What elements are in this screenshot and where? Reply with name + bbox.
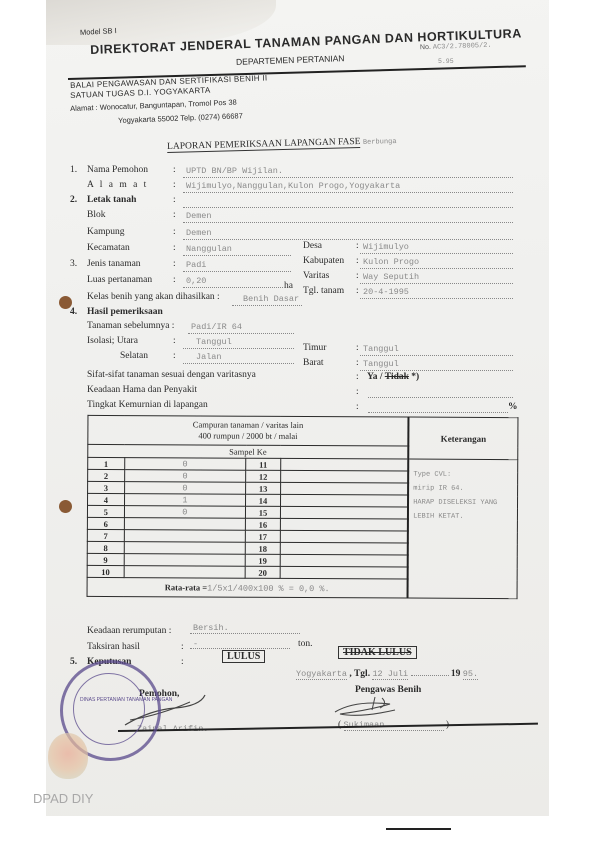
luas-value: 0,20: [186, 276, 206, 286]
tgl-tanam-label: Tgl. tanam: [303, 286, 344, 296]
sample-value: [280, 566, 408, 579]
kemurnian-unit: %: [508, 402, 518, 412]
jenis-label: Jenis tanaman: [87, 259, 141, 269]
rata-value: 1/5x1/400x100 % = 0,0 %.: [207, 583, 329, 594]
keterangan-line: HARAP DISELEKSI YANG: [413, 496, 513, 511]
sample-number: 10: [87, 565, 124, 577]
pengawas-signature: [330, 692, 410, 722]
barat-value: Tanggul: [363, 359, 399, 369]
item-5-number: 5.: [70, 657, 77, 667]
sample-number: 17: [245, 530, 280, 542]
model-code: Model SB I: [80, 26, 117, 37]
item-4-number: 4.: [70, 307, 77, 317]
kecamatan-label: Kecamatan: [87, 243, 130, 253]
sample-number: 8: [87, 541, 124, 553]
sign-year: 95.: [463, 669, 478, 680]
taksiran-label: Taksiran hasil: [87, 642, 140, 652]
sample-number: 1: [88, 457, 125, 469]
tidak-lulus-box: TIDAK LULUS: [338, 646, 417, 659]
hasil-label: Hasil pemeriksaan: [87, 307, 163, 317]
sample-number: 2: [88, 469, 125, 481]
sebelum-label: Tanaman sebelumnya :: [87, 321, 174, 331]
utara-value: Tanggul: [196, 337, 232, 347]
kelas-value: Benih Dasar: [243, 294, 299, 304]
sample-number: 9: [87, 553, 124, 565]
sample-value: [280, 494, 408, 507]
sample-value: [280, 506, 408, 519]
sample-value: [280, 530, 408, 543]
keterangan-line: mirip IR 64.: [413, 482, 513, 497]
rata-label: Rata-rata =: [165, 582, 207, 592]
rerumputan-value: Bersih.: [193, 623, 229, 633]
doc-number-label: No.: [420, 44, 431, 51]
tgl-tanam-value: 20-4-1995: [363, 287, 409, 297]
kelas-label: Kelas benih yang akan dihasilkan :: [87, 292, 220, 302]
keterangan-line: LEBIH KETAT.: [413, 510, 513, 525]
sample-value: [281, 458, 409, 471]
jenis-value: Padi: [186, 260, 206, 270]
sample-number: 11: [246, 458, 281, 470]
taksiran-unit: ton.: [298, 639, 313, 649]
desa-value: Wijimulyo: [363, 242, 409, 252]
sample-value: 1: [124, 494, 246, 507]
item-1-number: 1.: [70, 165, 77, 175]
sifat-ya: Ya /: [367, 372, 383, 382]
watermark: DPAD DIY: [33, 791, 93, 806]
blok-value: Demen: [186, 211, 212, 221]
sample-number: 20: [245, 566, 280, 578]
sample-value: [280, 518, 408, 531]
kabupaten-label: Kabupaten: [303, 256, 344, 266]
table-header: Campuran tanaman / varitas lain 400 rump…: [88, 415, 409, 446]
sifat-value: Ya / Tidak *): [367, 372, 419, 382]
barat-label: Barat: [303, 358, 324, 368]
kemurnian-label: Tingkat Kemurnian di lapangan: [87, 400, 208, 410]
sign-place-date: Yogyakarta , Tgl. 12 Juli 19 95.: [296, 669, 478, 679]
kecamatan-value: Nanggulan: [186, 244, 232, 254]
sebelum-value: Padi/IR 64: [191, 322, 242, 332]
item-3-number: 3.: [70, 259, 77, 269]
punch-hole-top: [59, 296, 72, 309]
punch-hole-bottom: [59, 500, 72, 513]
sign-place: Yogyakarta: [296, 669, 347, 680]
sample-number: 4: [88, 493, 125, 505]
sample-value: [280, 470, 408, 483]
address-label: Alamat :: [70, 103, 98, 113]
sample-value: 0: [124, 470, 246, 483]
sample-value: [124, 518, 246, 531]
sample-value: [124, 530, 246, 543]
nama-value: UPTD BN/BP Wijilan.: [186, 166, 283, 176]
sample-value: [124, 542, 246, 555]
sample-value: [124, 566, 246, 579]
sifat-label: Sifat-sifat tanaman sesuai dengan varita…: [87, 370, 256, 380]
selatan-value: Jalan: [196, 352, 222, 362]
varitas-value: Way Seputih: [363, 272, 419, 282]
varitas-label: Varitas: [303, 271, 329, 281]
blok-label: Blok: [87, 210, 105, 220]
keterangan-line: Type CVL:: [413, 468, 513, 483]
sampel-table: Campuran tanaman / varitas lain 400 rump…: [87, 415, 519, 599]
sifat-note: *): [411, 372, 419, 382]
sample-number: 13: [246, 482, 281, 494]
sample-value: 0: [124, 506, 246, 519]
selatan-label: Selatan: [120, 351, 148, 361]
nama-label: Nama Pemohon: [87, 165, 148, 175]
sample-number: 14: [246, 494, 281, 506]
sample-number: 15: [246, 506, 281, 518]
kampung-value: Demen: [186, 228, 212, 238]
desa-label: Desa: [303, 241, 322, 251]
hama-label: Keadaan Hama dan Penyakit: [87, 385, 197, 395]
utara-label: Isolasi; Utara: [87, 336, 138, 346]
report-phase: Berbunga: [363, 138, 397, 147]
luas-unit: ha: [284, 281, 293, 291]
keterangan-notes: Type CVL:mirip IR 64.HARAP DISELEKSI YAN…: [408, 459, 518, 599]
sample-value: [280, 542, 408, 555]
sifat-tidak: Tidak: [385, 372, 409, 382]
page-marker-line: [386, 828, 451, 830]
item-2-number: 2.: [70, 195, 77, 205]
kampung-label: Kampung: [87, 227, 124, 237]
sample-number: 5: [87, 505, 124, 517]
sample-number: 19: [245, 554, 280, 566]
doc-number-sub: 5.95: [438, 58, 454, 65]
sample-value: [280, 554, 408, 567]
letak-label: Letak tanah: [87, 195, 136, 205]
alamat-label: A l a m a t: [87, 180, 148, 190]
sample-number: 16: [246, 518, 281, 530]
sample-number: 18: [245, 542, 280, 554]
sample-value: [124, 554, 246, 567]
sample-value: [280, 482, 408, 495]
rerumputan-label: Keadaan rerumputan :: [87, 626, 171, 636]
alamat-value: Wijimulyo,Nanggulan,Kulon Progo,Yogyakar…: [186, 181, 400, 191]
timur-label: Timur: [303, 343, 326, 353]
luas-label: Luas pertanaman: [87, 275, 152, 285]
lulus-box: LULUS: [222, 650, 265, 663]
sign-date: 12 Juli: [372, 669, 408, 680]
sample-number: 12: [246, 470, 281, 482]
sample-number: 7: [87, 529, 124, 541]
timur-value: Tanggul: [363, 344, 399, 354]
stamp-text: DINAS PERTANIAN TANAMAN PANGAN: [80, 697, 172, 704]
sample-number: 6: [87, 517, 124, 529]
keterangan-header: Keterangan: [408, 417, 518, 460]
kabupaten-value: Kulon Progo: [363, 257, 419, 267]
sample-value: 0: [124, 458, 246, 471]
archive-emblem-icon: [48, 733, 88, 779]
sample-value: 0: [124, 482, 246, 495]
sample-number: 3: [88, 481, 125, 493]
